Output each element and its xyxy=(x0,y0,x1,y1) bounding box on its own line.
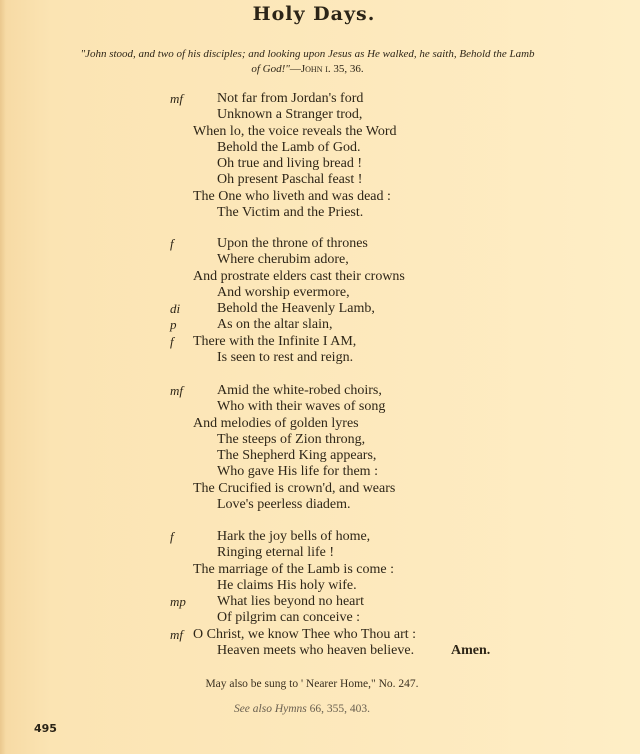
verse-line: fUpon the throne of thrones xyxy=(160,236,520,252)
verse-line: The Victim and the Priest. xyxy=(160,205,520,221)
page-number: 495 xyxy=(34,722,57,735)
verse-text: The steeps of Zion throng, xyxy=(217,432,365,448)
verse-line: Love's peerless diadem. xyxy=(160,497,520,513)
amen: Amen. xyxy=(451,643,490,659)
see-also-numbers: 66, 355, 403. xyxy=(310,703,370,715)
dynamic-marking: mp xyxy=(170,594,186,610)
verse-text: Where cherubim adore, xyxy=(217,252,349,268)
dynamic-marking: f xyxy=(170,236,174,252)
verse-line: And melodies of golden lyres xyxy=(160,416,520,432)
dynamic-marking: mf xyxy=(170,91,183,107)
verse-line: Behold the Lamb of God. xyxy=(160,140,520,156)
verse-text: O Christ, we know Thee who Thou art : xyxy=(193,627,416,643)
stanza-2: fUpon the throne of thronesWhere cherubi… xyxy=(160,236,520,366)
verse-text: Amid the white-robed choirs, xyxy=(217,383,382,399)
verse-text: Upon the throne of thrones xyxy=(217,236,368,252)
stanza-1: mfNot far from Jordan's fordUnknown a St… xyxy=(160,91,520,221)
stanza-4: fHark the joy bells of home,Ringing eter… xyxy=(160,529,520,659)
verse-line: Unknown a Stranger trod, xyxy=(160,107,520,123)
dynamic-marking: f xyxy=(170,334,174,350)
verse-line: The steeps of Zion throng, xyxy=(160,432,520,448)
verse-text: The Victim and the Priest. xyxy=(217,205,363,221)
verse-line: diBehold the Heavenly Lamb, xyxy=(160,301,520,317)
verse-line: The marriage of the Lamb is come : xyxy=(160,562,520,578)
see-also-note: See also Hymns 66, 355, 403. xyxy=(0,703,622,715)
dynamic-marking: f xyxy=(170,529,174,545)
verse-text: The marriage of the Lamb is come : xyxy=(193,562,394,578)
hymnal-page: Holy Days. "John stood, and two of his d… xyxy=(0,0,640,754)
stanza-3: mfAmid the white-robed choirs,Who with t… xyxy=(160,383,520,513)
verse-line: fHark the joy bells of home, xyxy=(160,529,520,545)
see-also-label: See also xyxy=(234,703,272,715)
verse-line: mpWhat lies beyond no heart xyxy=(160,594,520,610)
verse-line: And prostrate elders cast their crowns xyxy=(160,269,520,285)
verse-line: When lo, the voice reveals the Word xyxy=(160,124,520,140)
verse-text: Who gave His life for them : xyxy=(217,464,378,480)
verse-line: The Crucified is crown'd, and wears xyxy=(160,481,520,497)
verse-text: Behold the Heavenly Lamb, xyxy=(217,301,375,317)
verse-line: fThere with the Infinite I AM, xyxy=(160,334,520,350)
verse-text: And melodies of golden lyres xyxy=(193,416,359,432)
verse-line: And worship evermore, xyxy=(160,285,520,301)
verse-text: When lo, the voice reveals the Word xyxy=(193,124,397,140)
verse-line: Ringing eternal life ! xyxy=(160,545,520,561)
page-gutter-shadow xyxy=(0,0,6,754)
verse-line: mfNot far from Jordan's ford xyxy=(160,91,520,107)
verse-text: And prostrate elders cast their crowns xyxy=(193,269,405,285)
verse-text: The One who liveth and was dead : xyxy=(193,189,391,205)
verse-line: The One who liveth and was dead : xyxy=(160,189,520,205)
verse-text: As on the altar slain, xyxy=(217,317,332,333)
verse-text: Hark the joy bells of home, xyxy=(217,529,370,545)
verse-text: And worship evermore, xyxy=(217,285,350,301)
verse-text: He claims His holy wife. xyxy=(217,578,357,594)
dynamic-marking: mf xyxy=(170,627,183,643)
verse-text: Oh present Paschal feast ! xyxy=(217,172,362,188)
verse-text: What lies beyond no heart xyxy=(217,594,364,610)
dynamic-marking: p xyxy=(170,317,177,333)
verse-line: The Shepherd King appears, xyxy=(160,448,520,464)
verse-text: The Shepherd King appears, xyxy=(217,448,376,464)
dynamic-marking: mf xyxy=(170,383,183,399)
verse-text: Who with their waves of song xyxy=(217,399,385,415)
verse-text: Love's peerless diadem. xyxy=(217,497,351,513)
verse-line: Who with their waves of song xyxy=(160,399,520,415)
verse-line: Is seen to rest and reign. xyxy=(160,350,520,366)
verse-line: pAs on the altar slain, xyxy=(160,317,520,333)
verse-line: Oh present Paschal feast ! xyxy=(160,172,520,188)
verse-text: Unknown a Stranger trod, xyxy=(217,107,362,123)
verse-text: Not far from Jordan's ford xyxy=(217,91,363,107)
verse-line: mfO Christ, we know Thee who Thou art : xyxy=(160,627,520,643)
epigraph-reference: —John i. 35, 36. xyxy=(290,63,364,75)
verse-line: Where cherubim adore, xyxy=(160,252,520,268)
verse-line: Of pilgrim can conceive : xyxy=(160,610,520,626)
verse-text: Ringing eternal life ! xyxy=(217,545,334,561)
verse-text: Is seen to rest and reign. xyxy=(217,350,353,366)
verse-line: mfAmid the white-robed choirs, xyxy=(160,383,520,399)
verse-text: Of pilgrim can conceive : xyxy=(217,610,360,626)
verse-text: Oh true and living bread ! xyxy=(217,156,362,172)
verse-line: Oh true and living bread ! xyxy=(160,156,520,172)
verse-line: Who gave His life for them : xyxy=(160,464,520,480)
dynamic-marking: di xyxy=(170,301,180,317)
tune-note: May also be sung to ' Nearer Home," No. … xyxy=(0,678,632,690)
verse-text: Behold the Lamb of God. xyxy=(217,140,360,156)
verse-text: Heaven meets who heaven believe. xyxy=(217,643,414,659)
epigraph: "John stood, and two of his disciples; a… xyxy=(80,47,535,77)
see-also-hymns-label: Hymns xyxy=(275,703,307,715)
verse-line: He claims His holy wife. xyxy=(160,578,520,594)
verse-line: Heaven meets who heaven believe.Amen. xyxy=(160,643,520,659)
page-title: Holy Days. xyxy=(0,3,634,25)
verse-text: The Crucified is crown'd, and wears xyxy=(193,481,395,497)
verse-text: There with the Infinite I AM, xyxy=(193,334,356,350)
